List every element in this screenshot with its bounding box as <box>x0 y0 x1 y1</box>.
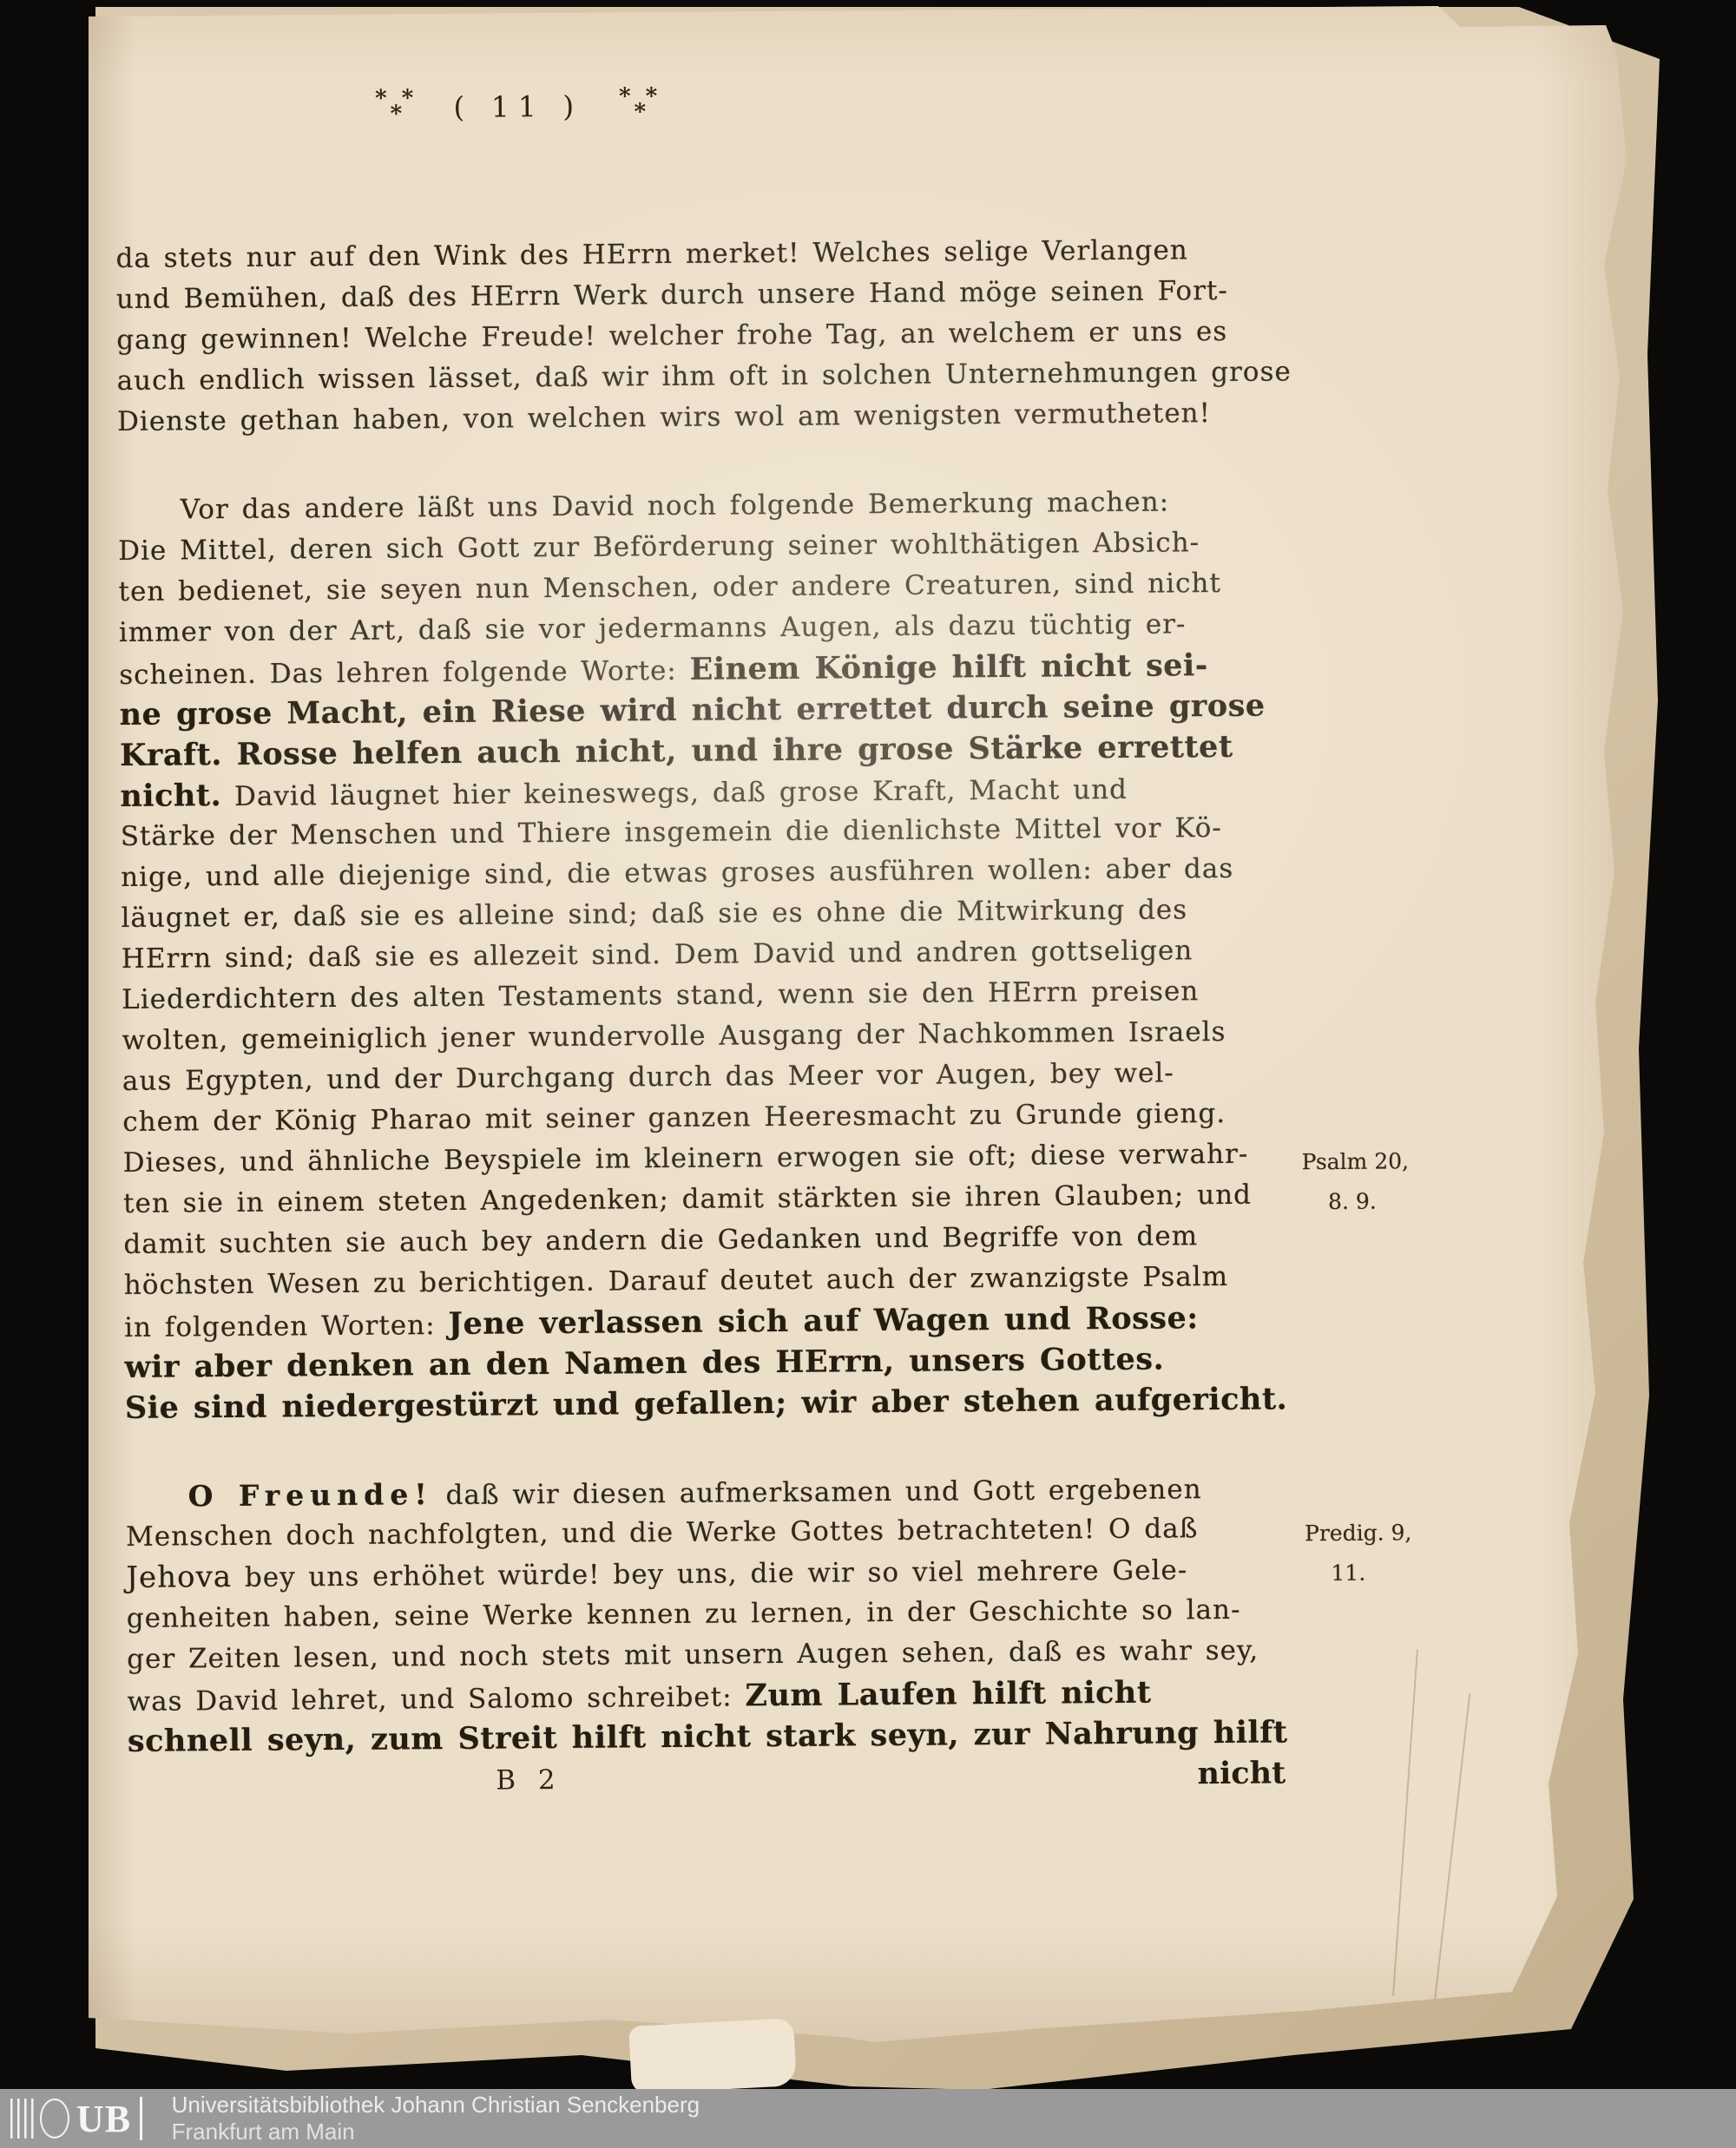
body-text: da stets nur auf den Wink des HErrn merk… <box>115 234 1188 274</box>
body-text: nige, und alle diejenige sind, die etwas… <box>121 853 1233 893</box>
signature-row: B 2 nicht <box>128 1755 1301 1808</box>
margin-note-line: Predig. 9, <box>1305 1520 1412 1546</box>
page-header: * * * ( 11 ) * * * <box>375 82 1289 149</box>
body-text: Die Mittel, deren sich Gott zur Beförder… <box>118 527 1200 567</box>
emphasized-text: Zum Laufen hilft nicht <box>745 1675 1151 1714</box>
asterisk-ornament-left-icon: * * * <box>375 89 418 123</box>
paragraph: da stets nur auf den Wink des HErrn merk… <box>115 229 1291 443</box>
body-text: ger Zeiten lesen, und noch stets mit uns… <box>127 1635 1259 1675</box>
body-text: scheinen. Das lehren folgende Worte: <box>119 655 690 691</box>
body-text: Menschen doch nachfolgten, und die Werke… <box>126 1513 1199 1553</box>
emphasized-text: schnell seyn, zum Streit hilft nicht sta… <box>128 1714 1288 1758</box>
emphasized-text: ne grose Macht, ein Riese wird nicht err… <box>119 688 1265 732</box>
body-text: gang gewinnen! Welche Freude! welcher fr… <box>116 316 1227 356</box>
page-fore-edge-line <box>1434 1693 1471 2004</box>
emphasized-text: wir aber denken an den Namen des HErrn, … <box>124 1342 1164 1385</box>
body-text: Dienste gethan haben, von welchen wirs w… <box>117 397 1211 437</box>
text-block: * * * ( 11 ) * * * da stets nur auf den … <box>115 82 1301 1808</box>
body-text: HErrn sind; daß sie es allezeit sind. De… <box>122 935 1193 975</box>
text-line: schnell seyn, zum Streit hilft nicht sta… <box>128 1711 1301 1762</box>
body-text: Liederdichtern des alten Testaments stan… <box>122 975 1199 1015</box>
book-spines-icon <box>10 2099 36 2138</box>
body-text: immer von der Art, daß sie vor jedermann… <box>119 608 1187 648</box>
body-text: chem der König Pharao mit seiner ganzen … <box>122 1098 1226 1138</box>
library-footer-bar: UB Universitätsbibliothek Johann Christi… <box>0 2089 1736 2148</box>
body-text: daß wir diesen aufmerksamen und Gott erg… <box>433 1474 1202 1511</box>
emphasized-text: nicht. <box>120 778 221 814</box>
asterisk-ornament-right-icon: * * * <box>619 87 661 122</box>
body-text: und Bemühen, daß des HErrn Werk durch un… <box>116 275 1228 315</box>
emphasized-text: Jehova <box>126 1560 232 1595</box>
emphasized-text: Sie sind niedergestürzt und gefallen; wi… <box>125 1381 1288 1426</box>
logo-divider <box>140 2097 142 2140</box>
body-text: Vor das andere läßt uns David noch folge… <box>181 486 1170 525</box>
text-line: Sie sind niedergestürzt und gefallen; wi… <box>125 1378 1299 1429</box>
scanned-page: * * * ( 11 ) * * * da stets nur auf den … <box>89 4 1651 2053</box>
body-text: auch endlich wissen lässet, daß wir ihm … <box>116 356 1291 397</box>
footer-text: Universitätsbibliothek Johann Christian … <box>172 2092 700 2145</box>
margin-note-psalm: Psalm 20, 8. 9. <box>1302 1141 1450 1222</box>
body-text: in folgenden Worten: <box>124 1310 449 1343</box>
body-text: genheiten haben, seine Werke kennen zu l… <box>127 1594 1241 1634</box>
body-text: ten sie in einem steten Angedenken; dami… <box>123 1179 1252 1219</box>
page-fore-edge-line <box>1392 1649 1418 1995</box>
library-name: Universitätsbibliothek Johann Christian … <box>172 2092 700 2118</box>
paragraph: O Freunde! daß wir diesen aufmerksamen u… <box>126 1467 1302 1762</box>
ornament-bottom: * <box>634 102 646 122</box>
ub-logo-text: UB <box>76 2097 131 2141</box>
emphasized-text: Einem Könige hilft nicht sei- <box>689 647 1207 687</box>
body-text: bey uns erhöhet würde! bey uns, die wir … <box>232 1554 1187 1593</box>
paragraph: Vor das andere läßt uns David noch folge… <box>118 481 1299 1429</box>
library-city: Frankfurt am Main <box>172 2118 700 2145</box>
signature-mark: B 2 <box>496 1764 562 1797</box>
body-text: David läugnet hier keineswegs, daß grose… <box>221 774 1128 812</box>
body-text: Dieses, und ähnliche Beyspiele im kleine… <box>123 1139 1249 1179</box>
body-text: was David lehret, und Salomo schreibet: <box>127 1681 745 1718</box>
body-text: läugnet er, daß sie es alleine sind; daß… <box>121 894 1187 934</box>
ornament-bottom: * <box>390 104 402 123</box>
catchword: nicht <box>1197 1755 1286 1791</box>
ub-library-logo: UB <box>10 2097 142 2141</box>
text-line: Dienste gethan haben, von welchen wirs w… <box>117 392 1291 443</box>
emphasized-text: Kraft. Rosse helfen auch nicht, und ihre… <box>120 729 1233 773</box>
torn-paper-fragment <box>628 2018 797 2094</box>
body-text: Stärke der Menschen und Thiere insgemein… <box>121 812 1222 852</box>
emphasized-text: Jene verlassen sich auf Wagen und Rosse: <box>448 1300 1199 1342</box>
portrait-oval-icon <box>40 2099 69 2138</box>
margin-note-predig: Predig. 9, 11. <box>1305 1513 1453 1593</box>
page-number: ( 11 ) <box>453 89 582 124</box>
body-text: wolten, gemeiniglich jener wundervolle A… <box>122 1016 1226 1056</box>
body-text: höchsten Wesen zu berichtigen. Darauf de… <box>124 1261 1229 1301</box>
body-text: aus Egypten, und der Durchgang durch das… <box>122 1057 1174 1097</box>
emphasized-text: O Freunde! <box>188 1477 433 1513</box>
body-text: damit suchten sie auch bey andern die Ge… <box>123 1220 1198 1260</box>
body-text: ten bedienet, sie seyen nun Menschen, od… <box>118 568 1221 608</box>
body-paragraphs: da stets nur auf den Wink des HErrn merk… <box>115 229 1301 1762</box>
margin-note-line: 8. 9. <box>1302 1181 1450 1222</box>
margin-note-line: Psalm 20, <box>1302 1148 1410 1174</box>
margin-note-line: 11. <box>1305 1553 1452 1593</box>
